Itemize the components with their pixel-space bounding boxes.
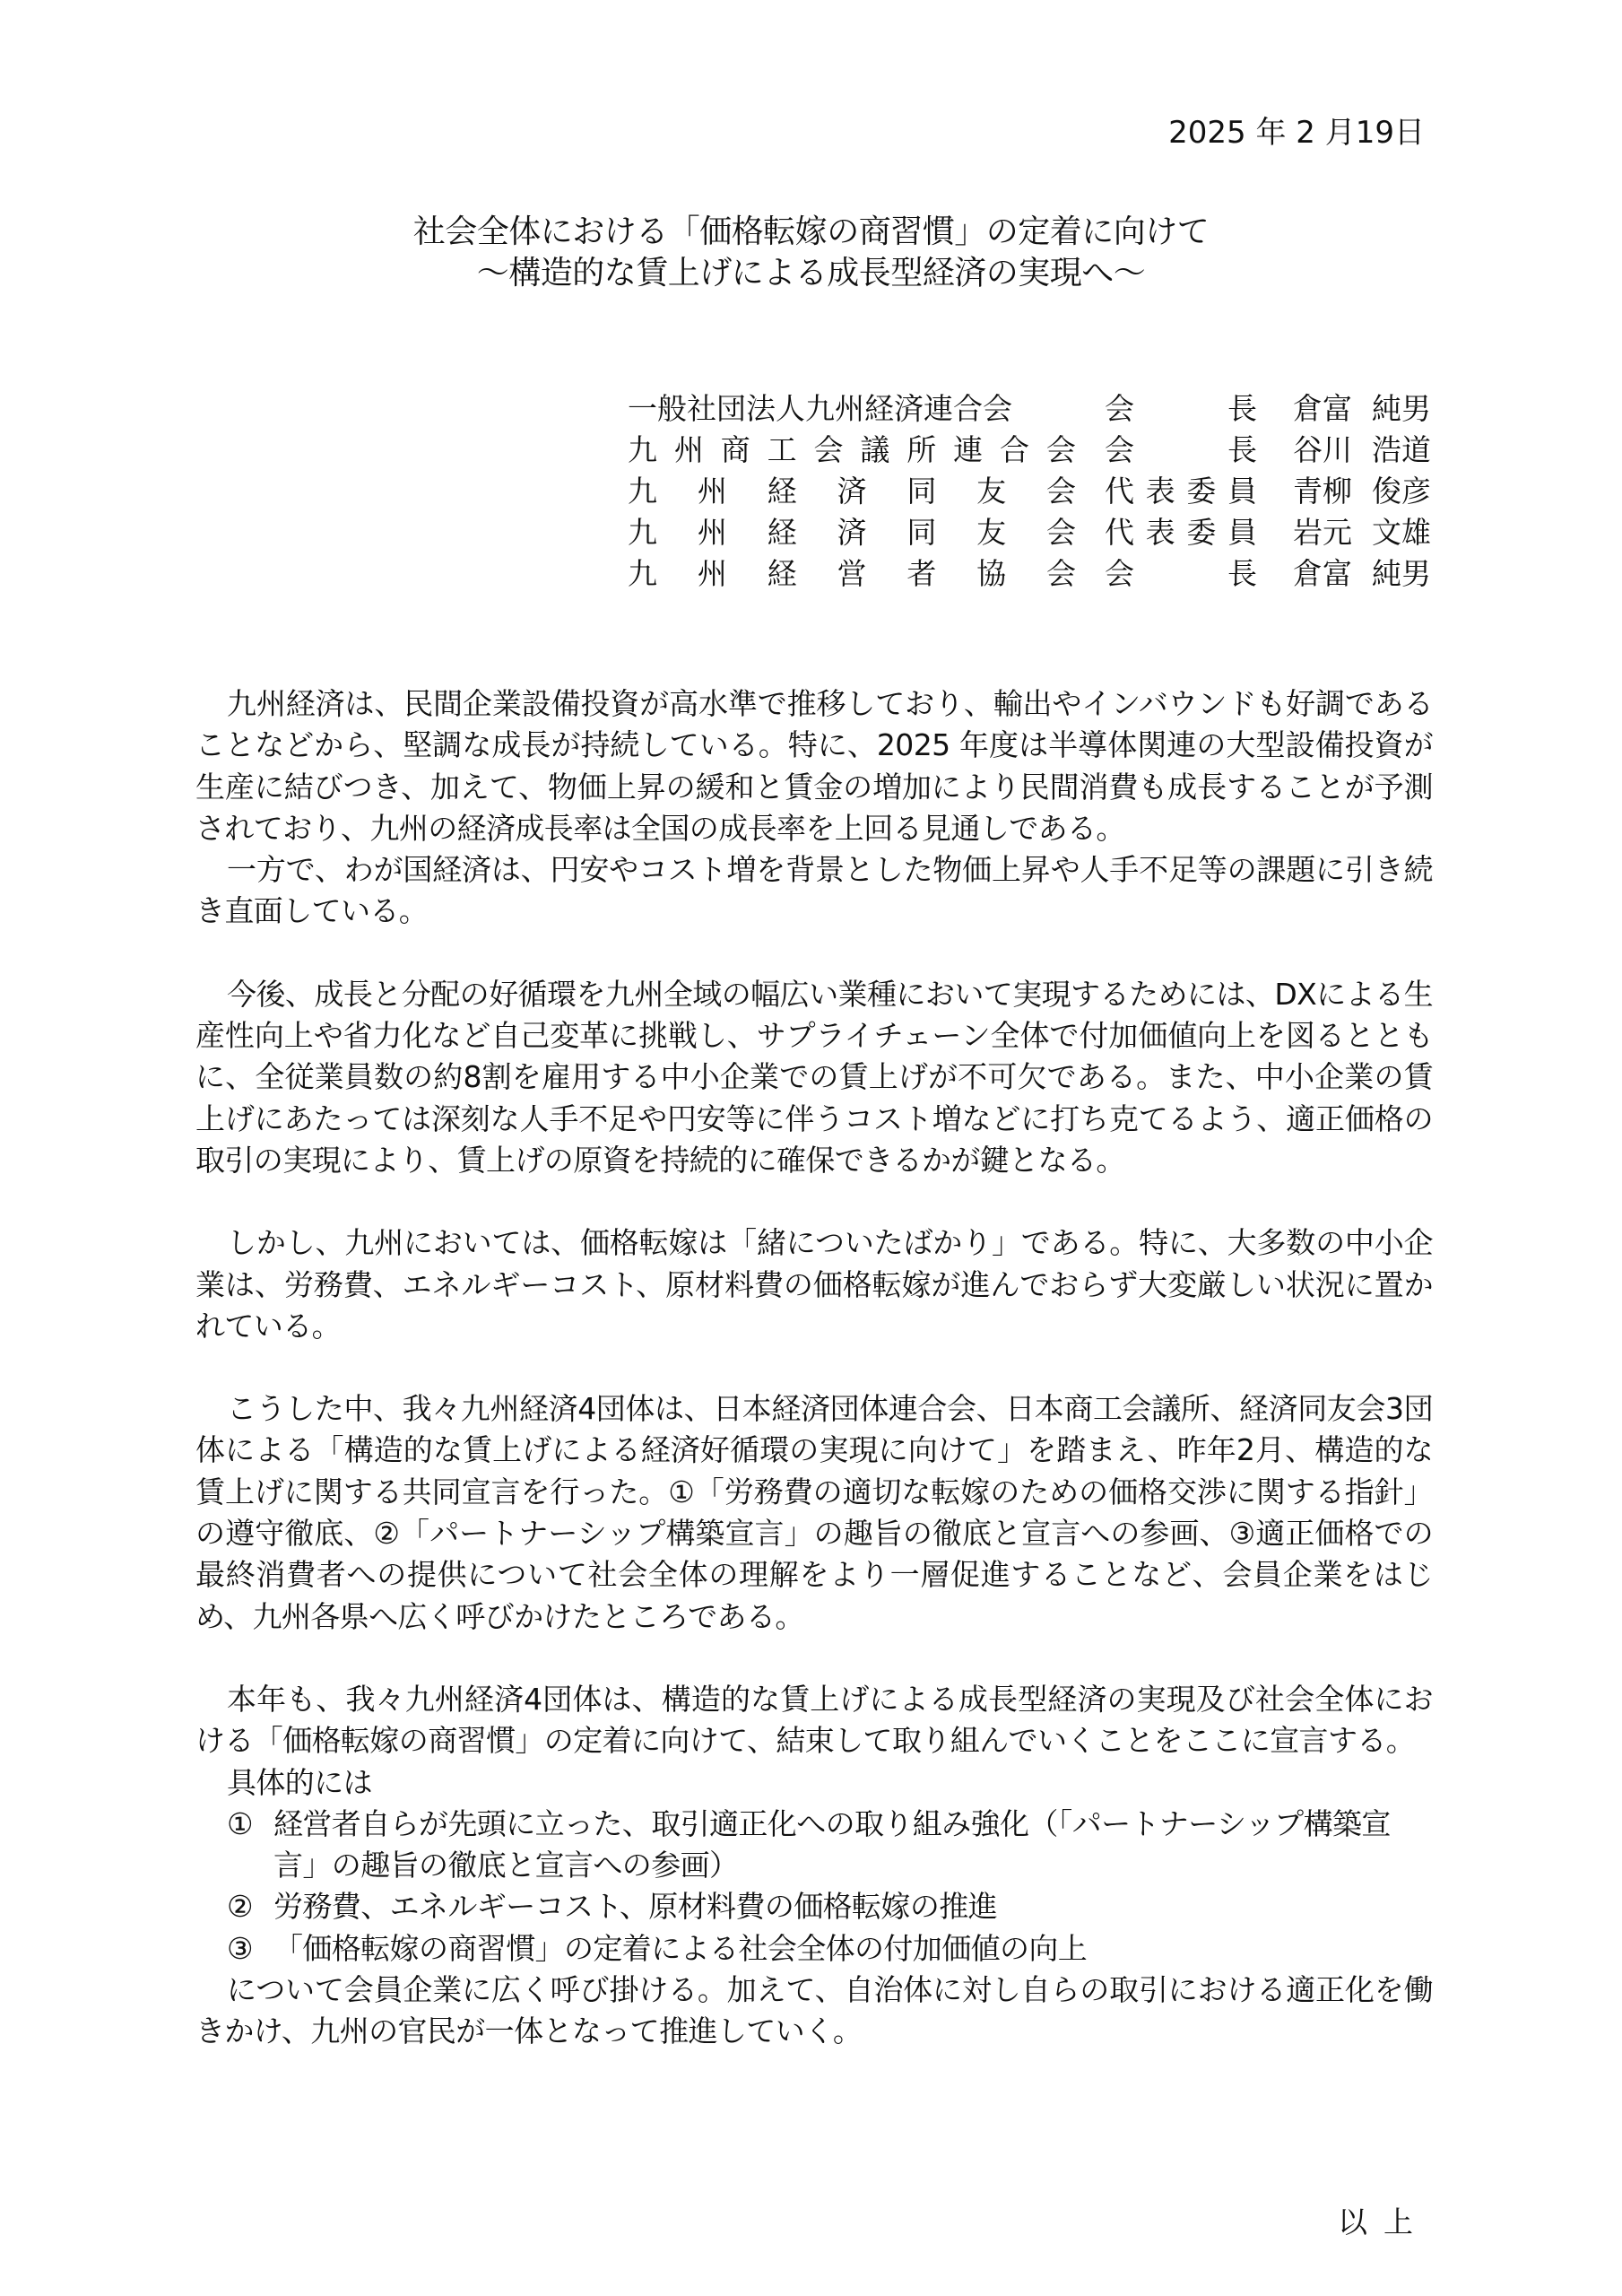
signatory-organization: 九州商工会議所連合会: [628, 427, 1076, 469]
paragraph-gap: [195, 933, 1433, 974]
list-item-3: ③ 「価格転嫁の商習慣」の定着による社会全体の付加価値の向上: [195, 1928, 1433, 1970]
signatory-given-name: 純男: [1372, 386, 1431, 428]
signatory-role: 代表委員: [1105, 509, 1257, 552]
signatory-surname: 倉富: [1293, 551, 1352, 593]
signatory-surname: 谷川: [1293, 427, 1352, 469]
list-text: 経営者自らが先頭に立った、取引適正化への取り組み強化（「パートナーシップ構築宣言…: [273, 1804, 1433, 1887]
signatory-organization: 九州経済同友会: [628, 468, 1076, 510]
signatory-surname: 倉富: [1293, 386, 1352, 428]
list-text: 労務費、エネルギーコスト、原材料費の価格転嫁の推進: [273, 1886, 1433, 1927]
signatory-role: 会長: [1105, 386, 1257, 428]
signatory-name: 青柳俊彦: [1293, 468, 1431, 510]
paragraph-conclusion: について会員企業に広く呼び掛ける。加えて、自治体に対し自らの取引における適正化を…: [195, 1970, 1433, 2053]
signatory-given-name: 浩道: [1372, 427, 1431, 469]
signatory-role: 代表委員: [1105, 468, 1257, 510]
signatory-row: 一般社団法人九州経済連合会会長倉富純男: [628, 386, 1435, 427]
title-subtitle: ～構造的な賃上げによる成長型経済の実現へ～: [0, 253, 1622, 294]
paragraph-kyushu-economy: 九州経済は、民間企業設備投資が高水準で推移しており、輸出やインバウンドも好調であ…: [195, 683, 1433, 849]
document-date: 2025 年 2 月19日: [1168, 115, 1425, 151]
signatory-row: 九州商工会議所連合会会長谷川浩道: [628, 427, 1435, 468]
signatory-given-name: 文雄: [1372, 509, 1431, 552]
signatory-name: 倉富純男: [1293, 386, 1431, 428]
title-line-1: 社会全体における「価格転嫁の商習慣」の定着に向けて: [0, 212, 1622, 253]
signatory-name: 岩元文雄: [1293, 509, 1431, 552]
signatory-organization: 九州経営者協会: [628, 551, 1076, 593]
list-item-2: ② 労務費、エネルギーコスト、原材料費の価格転嫁の推進: [195, 1886, 1433, 1927]
paragraph-growth-distribution: 今後、成長と分配の好循環を九州全域の幅広い業種において実現するためには、DXによ…: [195, 974, 1433, 1181]
signatory-organization: 九州経済同友会: [628, 509, 1076, 552]
list-number: ③: [227, 1928, 273, 1970]
paragraph-gap: [195, 1347, 1433, 1388]
closing-mark: 以上: [1338, 2199, 1429, 2241]
signatory-surname: 青柳: [1293, 468, 1352, 510]
list-number: ①: [227, 1804, 273, 1887]
signatory-row: 九州経済同友会代表委員青柳俊彦: [628, 468, 1435, 509]
signatory-row: 九州経営者協会会長倉富純男: [628, 551, 1435, 592]
signatory-organization: 一般社団法人九州経済連合会: [628, 386, 1076, 428]
list-number: ②: [227, 1886, 273, 1927]
paragraph-declaration: 本年も、我々九州経済4団体は、構造的な賃上げによる成長型経済の実現及び社会全体に…: [195, 1679, 1433, 1762]
signatory-given-name: 純男: [1372, 551, 1431, 593]
document-title: 社会全体における「価格転嫁の商習慣」の定着に向けて ～構造的な賃上げによる成長型…: [0, 212, 1622, 294]
paragraph-gap: [195, 1181, 1433, 1222]
list-text: 「価格転嫁の商習慣」の定着による社会全体の付加価値の向上: [273, 1928, 1433, 1970]
paragraph-challenges: 一方で、わが国経済は、円安やコスト増を背景とした物価上昇や人手不足等の課題に引き…: [195, 849, 1433, 933]
paragraph-price-pass-through: しかし、九州においては、価格転嫁は「緒についたばかり」である。特に、大多数の中小…: [195, 1222, 1433, 1347]
signatory-name: 倉富純男: [1293, 551, 1431, 593]
document-body: 九州経済は、民間企業設備投資が高水準で推移しており、輸出やインバウンドも好調であ…: [195, 683, 1433, 2053]
paragraph-joint-declaration: こうした中、我々九州経済4団体は、日本経済団体連合会、日本商工会議所、経済同友会…: [195, 1388, 1433, 1638]
list-item-1: ① 経営者自らが先頭に立った、取引適正化への取り組み強化（「パートナーシップ構築…: [195, 1804, 1433, 1887]
list-intro: 具体的には: [195, 1762, 1433, 1804]
signatory-given-name: 俊彦: [1372, 468, 1431, 510]
document-page: 2025 年 2 月19日 社会全体における「価格転嫁の商習慣」の定着に向けて …: [0, 0, 1622, 2296]
signatory-role: 会長: [1105, 551, 1257, 593]
signatory-name: 谷川浩道: [1293, 427, 1431, 469]
signatory-surname: 岩元: [1293, 509, 1352, 552]
paragraph-gap: [195, 1638, 1433, 1679]
signatories-block: 一般社団法人九州経済連合会会長倉富純男九州商工会議所連合会会長谷川浩道九州経済同…: [628, 386, 1435, 592]
signatory-role: 会長: [1105, 427, 1257, 469]
signatory-row: 九州経済同友会代表委員岩元文雄: [628, 509, 1435, 551]
